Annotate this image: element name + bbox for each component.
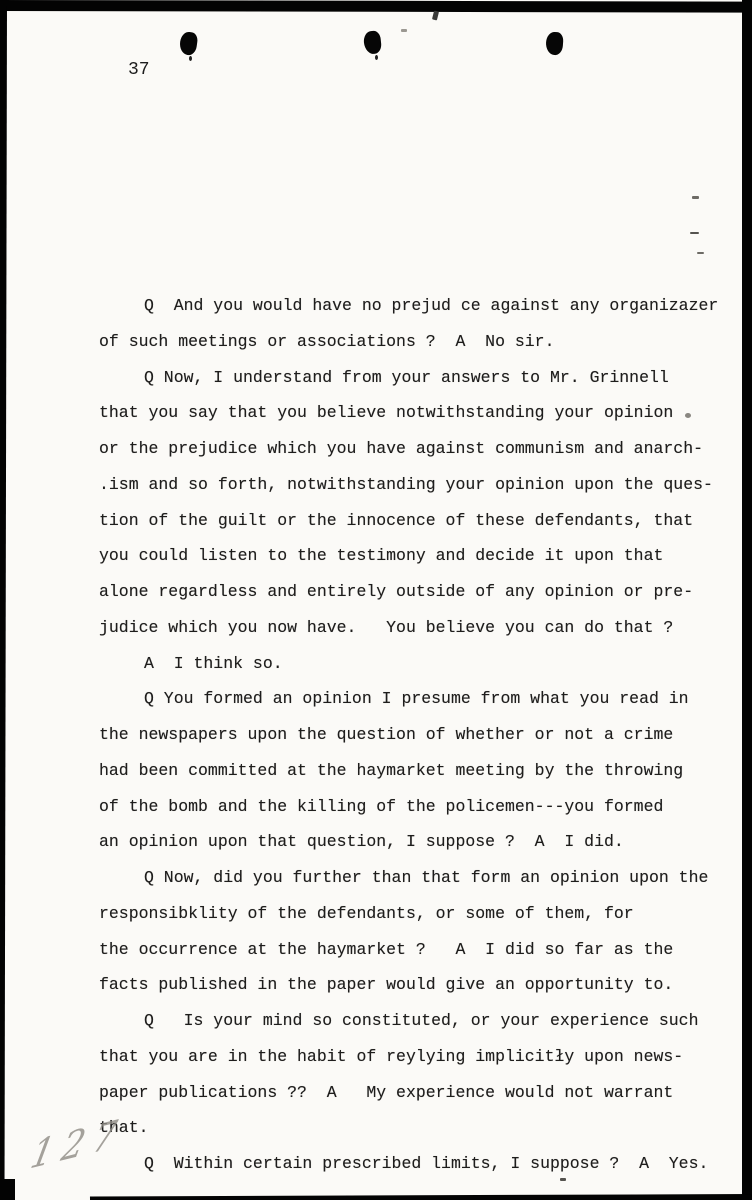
ink-dot-right <box>545 31 564 55</box>
transcript-line: responsibklity of the defendants, or som… <box>99 896 744 932</box>
transcript-line: you could listen to the testimony and de… <box>99 538 744 574</box>
ink-dot-speck <box>189 56 192 61</box>
ink-dot-left <box>178 31 198 56</box>
transcript-line: Q Now, did you further than that form an… <box>99 860 744 896</box>
page-number: 37 <box>128 60 150 80</box>
transcript-line: of the bomb and the killing of the polic… <box>99 789 744 825</box>
scan-speck <box>401 29 407 32</box>
transcript-line: judice which you now have. You believe y… <box>99 610 744 646</box>
scan-edge-bottom <box>90 1194 752 1200</box>
transcript-line: .ism and so forth, notwithstanding your … <box>99 467 744 503</box>
scanned-transcript-page: 37 Q And you would have no prejud ce aga… <box>0 0 752 1200</box>
transcript-line: an opinion upon that question, I suppose… <box>99 824 744 860</box>
scan-edge-corner <box>0 1179 15 1200</box>
transcript-line: the occurrence at the haymarket ? A I di… <box>99 932 744 968</box>
transcript-line: or the prejudice which you have against … <box>99 431 744 467</box>
ink-dot-center <box>363 30 382 55</box>
scan-speck <box>697 252 704 254</box>
transcript-line: A I think so. <box>99 646 744 682</box>
scan-speck <box>432 11 439 21</box>
transcript-line: alone regardless and entirely outside of… <box>99 574 744 610</box>
transcript-text: Q And you would have no prejud ce agains… <box>99 288 744 1182</box>
scan-edge-left <box>0 0 7 1190</box>
transcript-line: Q Now, I understand from your answers to… <box>99 360 744 396</box>
transcript-line: facts published in the paper would give … <box>99 967 744 1003</box>
scan-edge-top <box>0 0 752 13</box>
scan-speck <box>692 196 699 199</box>
transcript-line: that you are in the habit of reylying im… <box>99 1039 744 1075</box>
transcript-line: of such meetings or associations ? A No … <box>99 324 744 360</box>
scan-speck <box>690 232 699 234</box>
ink-dot-speck <box>375 55 378 60</box>
transcript-line: that you say that you believe notwithsta… <box>99 395 744 431</box>
transcript-line: Q Within certain prescribed limits, I su… <box>99 1146 744 1182</box>
transcript-line: the newspapers upon the question of whet… <box>99 717 744 753</box>
transcript-line: had been committed at the haymarket meet… <box>99 753 744 789</box>
transcript-line: Q Is your mind so constituted, or your e… <box>99 1003 744 1039</box>
transcript-line: paper publications ?? A My experience wo… <box>99 1075 744 1111</box>
transcript-line: tion of the guilt or the innocence of th… <box>99 503 744 539</box>
transcript-line: Q You formed an opinion I presume from w… <box>99 681 744 717</box>
transcript-line: that. <box>99 1110 744 1146</box>
transcript-line: Q And you would have no prejud ce agains… <box>99 288 744 324</box>
